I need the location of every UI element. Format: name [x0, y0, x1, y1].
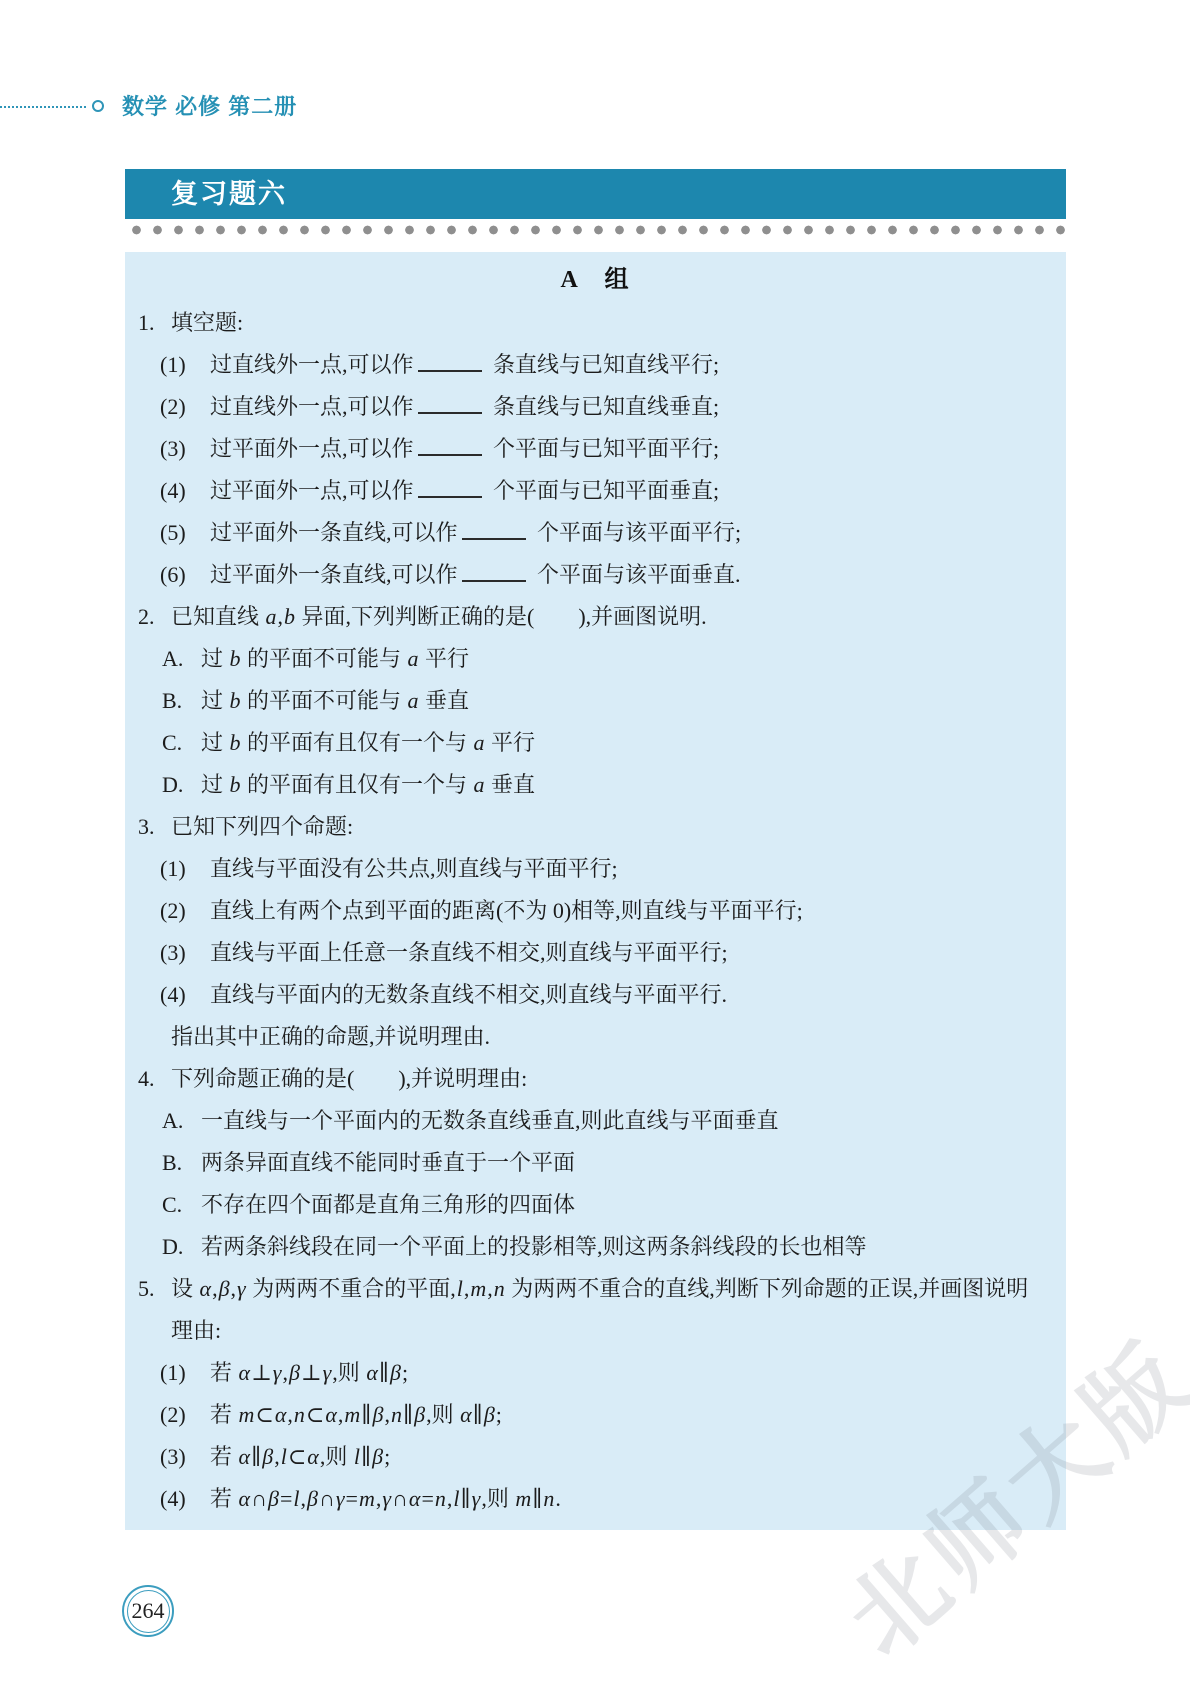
item-text: 过 b 的平面不可能与 a 平行	[201, 646, 469, 671]
fill-in-blank	[418, 494, 482, 498]
question-item: 指出其中正确的命题,并说明理由.	[125, 1016, 1066, 1058]
question-number: 2.	[138, 596, 155, 638]
item-text: 若 α∥β,l⊂α,则 l∥β;	[210, 1444, 390, 1469]
item-text: 若 α⊥γ,β⊥γ,则 α∥β;	[210, 1360, 408, 1385]
fill-in-blank	[418, 452, 482, 456]
item-label: D.	[162, 1226, 183, 1268]
item-text: 直线上有两个点到平面的距离(不为 0)相等,则直线与平面平行;	[210, 898, 803, 923]
question-stem-row: 4.下列命题正确的是( ),并说明理由:	[125, 1058, 1066, 1100]
item-text: 两条异面直线不能同时垂直于一个平面	[201, 1150, 575, 1175]
question-stem: 设 α,β,γ 为两两不重合的平面,l,m,n 为两两不重合的直线,判断下列命题…	[171, 1276, 1028, 1343]
content-panel: A 组 1.填空题:(1)过直线外一点,可以作 条直线与已知直线平行;(2)过直…	[125, 252, 1066, 1530]
item-label: (2)	[160, 1394, 186, 1436]
question-4: 4.下列命题正确的是( ),并说明理由:A.一直线与一个平面内的无数条直线垂直,…	[125, 1058, 1066, 1268]
item-text: 直线与平面内的无数条直线不相交,则直线与平面平行.	[210, 982, 727, 1007]
question-1: 1.填空题:(1)过直线外一点,可以作 条直线与已知直线平行;(2)过直线外一点…	[125, 302, 1066, 596]
item-label: (5)	[160, 512, 186, 554]
fill-in-blank	[418, 368, 482, 372]
question-item: D.若两条斜线段在同一个平面上的投影相等,则这两条斜线段的长也相等	[125, 1226, 1066, 1268]
question-item: (4)若 α∩β=l,β∩γ=m,γ∩α=n,l∥γ,则 m∥n.	[125, 1478, 1066, 1520]
item-text: 若 m⊂α,n⊂α,m∥β,n∥β,则 α∥β;	[210, 1402, 502, 1427]
fill-in-blank	[462, 578, 526, 582]
question-item: (2)直线上有两个点到平面的距离(不为 0)相等,则直线与平面平行;	[125, 890, 1066, 932]
question-item: (6)过平面外一条直线,可以作 个平面与该平面垂直.	[125, 554, 1066, 596]
question-item: (1)过直线外一点,可以作 条直线与已知直线平行;	[125, 344, 1066, 386]
question-item: (4)过平面外一点,可以作 个平面与已知平面垂直;	[125, 470, 1066, 512]
dotted-separator	[126, 224, 1066, 236]
item-text: 过平面外一条直线,可以作 个平面与该平面垂直.	[210, 562, 741, 587]
question-item: C.不存在四个面都是直角三角形的四面体	[125, 1184, 1066, 1226]
item-text: 过 b 的平面有且仅有一个与 a 平行	[201, 730, 535, 755]
item-label: (4)	[160, 1478, 186, 1520]
question-3: 3.已知下列四个命题:(1)直线与平面没有公共点,则直线与平面平行;(2)直线上…	[125, 806, 1066, 1058]
item-label: (1)	[160, 344, 186, 386]
item-label: C.	[162, 722, 182, 764]
group-heading: A 组	[125, 258, 1066, 302]
question-item: A.过 b 的平面不可能与 a 平行	[125, 638, 1066, 680]
item-text: 过直线外一点,可以作 条直线与已知直线垂直;	[210, 394, 719, 419]
question-number: 4.	[138, 1058, 155, 1100]
page-number-badge: 264	[122, 1585, 174, 1637]
question-stem: 填空题:	[171, 310, 243, 335]
header-dotted-line	[0, 106, 86, 108]
item-label: B.	[162, 680, 182, 722]
question-item: (1)若 α⊥γ,β⊥γ,则 α∥β;	[125, 1352, 1066, 1394]
header-breadcrumb: 数学 必修 第二册	[122, 90, 297, 121]
item-label: (2)	[160, 386, 186, 428]
item-text: 过平面外一条直线,可以作 个平面与该平面平行;	[210, 520, 741, 545]
header-ring-icon	[92, 100, 104, 112]
question-item: (3)过平面外一点,可以作 个平面与已知平面平行;	[125, 428, 1066, 470]
item-label: D.	[162, 764, 183, 806]
item-text: 若两条斜线段在同一个平面上的投影相等,则这两条斜线段的长也相等	[201, 1234, 867, 1259]
item-label: (3)	[160, 428, 186, 470]
question-item: B.两条异面直线不能同时垂直于一个平面	[125, 1142, 1066, 1184]
section-banner: 复习题六	[125, 169, 1066, 219]
question-stem-row: 3.已知下列四个命题:	[125, 806, 1066, 848]
item-label: B.	[162, 1142, 182, 1184]
question-stem: 已知下列四个命题:	[171, 814, 353, 839]
item-label: A.	[162, 638, 183, 680]
question-number: 3.	[138, 806, 155, 848]
question-item: C.过 b 的平面有且仅有一个与 a 平行	[125, 722, 1066, 764]
question-item: (2)若 m⊂α,n⊂α,m∥β,n∥β,则 α∥β;	[125, 1394, 1066, 1436]
question-stem-row: 2.已知直线 a,b 异面,下列判断正确的是( ),并画图说明.	[125, 596, 1066, 638]
question-stem: 已知直线 a,b 异面,下列判断正确的是( ),并画图说明.	[171, 604, 707, 629]
item-label: (6)	[160, 554, 186, 596]
item-text: 指出其中正确的命题,并说明理由.	[171, 1024, 490, 1049]
item-text: 过 b 的平面有且仅有一个与 a 垂直	[201, 772, 535, 797]
question-2: 2.已知直线 a,b 异面,下列判断正确的是( ),并画图说明.A.过 b 的平…	[125, 596, 1066, 806]
questions: 1.填空题:(1)过直线外一点,可以作 条直线与已知直线平行;(2)过直线外一点…	[125, 302, 1066, 1520]
item-label: (4)	[160, 974, 186, 1016]
question-stem-row: 1.填空题:	[125, 302, 1066, 344]
question-item: A.一直线与一个平面内的无数条直线垂直,则此直线与平面垂直	[125, 1100, 1066, 1142]
question-stem: 下列命题正确的是( ),并说明理由:	[171, 1066, 527, 1091]
question-item: (1)直线与平面没有公共点,则直线与平面平行;	[125, 848, 1066, 890]
question-item: B.过 b 的平面不可能与 a 垂直	[125, 680, 1066, 722]
question-5: 5.设 α,β,γ 为两两不重合的平面,l,m,n 为两两不重合的直线,判断下列…	[125, 1268, 1066, 1520]
item-label: (3)	[160, 1436, 186, 1478]
item-label: (3)	[160, 932, 186, 974]
item-text: 一直线与一个平面内的无数条直线垂直,则此直线与平面垂直	[201, 1108, 779, 1133]
item-label: (4)	[160, 470, 186, 512]
item-label: A.	[162, 1100, 183, 1142]
question-stem-row: 5.设 α,β,γ 为两两不重合的平面,l,m,n 为两两不重合的直线,判断下列…	[125, 1268, 1066, 1352]
fill-in-blank	[418, 410, 482, 414]
item-text: 过平面外一点,可以作 个平面与已知平面平行;	[210, 436, 719, 461]
item-text: 直线与平面没有公共点,则直线与平面平行;	[210, 856, 618, 881]
page-number: 264	[127, 1590, 170, 1633]
item-text: 不存在四个面都是直角三角形的四面体	[201, 1192, 575, 1217]
question-number: 1.	[138, 302, 155, 344]
question-item: (3)若 α∥β,l⊂α,则 l∥β;	[125, 1436, 1066, 1478]
item-label: (1)	[160, 848, 186, 890]
fill-in-blank	[462, 536, 526, 540]
question-item: (3)直线与平面上任意一条直线不相交,则直线与平面平行;	[125, 932, 1066, 974]
question-item: D.过 b 的平面有且仅有一个与 a 垂直	[125, 764, 1066, 806]
item-label: C.	[162, 1184, 182, 1226]
item-text: 过平面外一点,可以作 个平面与已知平面垂直;	[210, 478, 719, 503]
item-text: 若 α∩β=l,β∩γ=m,γ∩α=n,l∥γ,则 m∥n.	[210, 1486, 561, 1511]
question-number: 5.	[138, 1268, 155, 1310]
banner-title: 复习题六	[171, 169, 287, 219]
item-label: (2)	[160, 890, 186, 932]
question-item: (2)过直线外一点,可以作 条直线与已知直线垂直;	[125, 386, 1066, 428]
textbook-page: 数学 必修 第二册 复习题六 A 组 1.填空题:(1)过直线外一点,可以作 条…	[0, 0, 1190, 1684]
item-text: 直线与平面上任意一条直线不相交,则直线与平面平行;	[210, 940, 728, 965]
item-label: (1)	[160, 1352, 186, 1394]
question-item: (5)过平面外一条直线,可以作 个平面与该平面平行;	[125, 512, 1066, 554]
item-text: 过直线外一点,可以作 条直线与已知直线平行;	[210, 352, 719, 377]
question-item: (4)直线与平面内的无数条直线不相交,则直线与平面平行.	[125, 974, 1066, 1016]
item-text: 过 b 的平面不可能与 a 垂直	[201, 688, 469, 713]
